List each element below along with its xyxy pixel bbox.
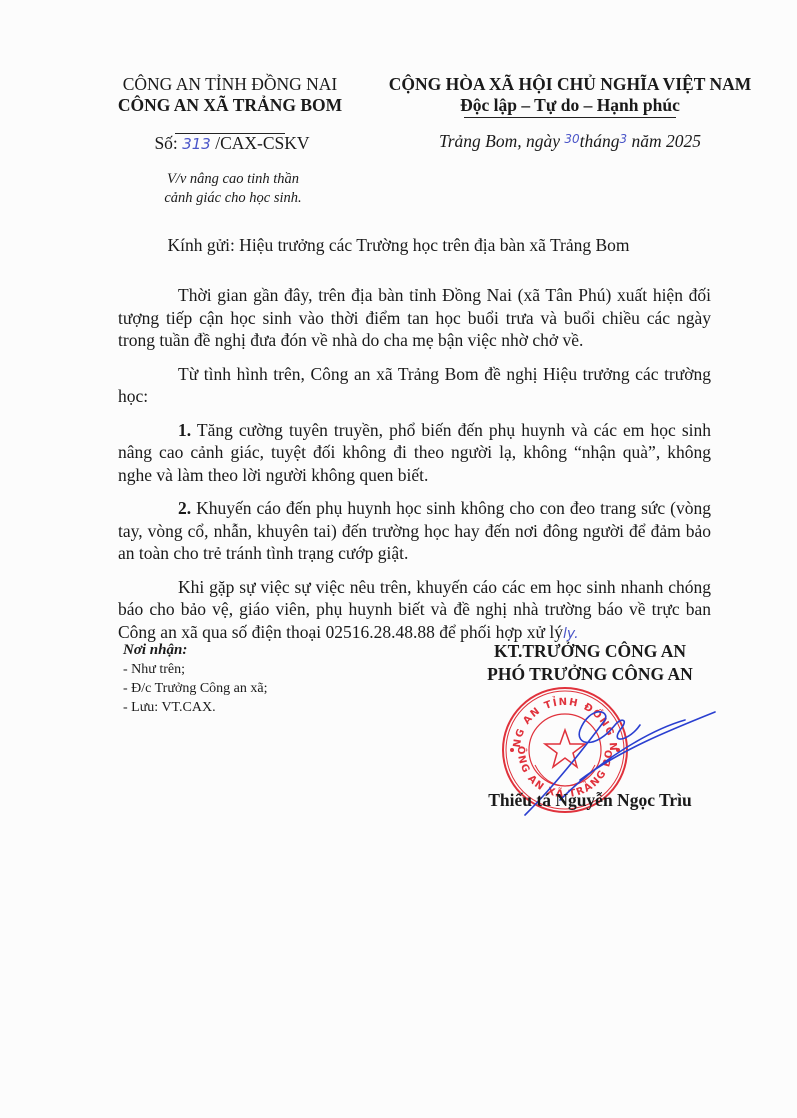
recipient-line: Kính gửi: Hiệu trưởng các Trường học trê…: [100, 235, 697, 256]
list-item: - Lưu: VT.CAX.: [123, 698, 383, 717]
list-item: - Đ/c Trưởng Công an xã;: [123, 679, 383, 698]
distribution-title: Nơi nhận:: [123, 641, 383, 660]
paragraph: Khi gặp sự việc sự việc nêu trên, khuyến…: [118, 576, 711, 646]
list-item: 2. Khuyến cáo đến phụ huynh học sinh khô…: [118, 497, 711, 565]
list-item: - Như trên;: [123, 660, 383, 679]
list-item: 1. Tăng cường tuyên truyền, phổ biến đến…: [118, 419, 711, 487]
date-line: Trảng Bom, ngày 30tháng3 năm 2025: [360, 131, 780, 152]
document-body: Thời gian gần đây, trên địa bàn tỉnh Đồn…: [118, 284, 711, 656]
document-number: Số: 313 /CAX-CSKV: [110, 133, 354, 154]
national-header: CỘNG HÒA XÃ HỘI CHỦ NGHĨA VIỆT NAM Độc l…: [360, 74, 780, 118]
subject: V/v nâng cao tinh thần cảnh giác cho học…: [118, 170, 348, 208]
paragraph: Thời gian gần đây, trên địa bàn tỉnh Đồn…: [118, 284, 711, 352]
signer-name: Thiếu tá Nguyễn Ngọc Trìu: [440, 790, 740, 811]
country-name: CỘNG HÒA XÃ HỘI CHỦ NGHĨA VIỆT NAM: [360, 74, 780, 95]
motto: Độc lập – Tự do – Hạnh phúc: [360, 95, 780, 116]
handwritten-day: 30: [564, 132, 579, 146]
motto-underline: [464, 117, 676, 118]
agency-parent: CÔNG AN TỈNH ĐỒNG NAI: [108, 74, 352, 95]
agency-name: CÔNG AN XÃ TRẢNG BOM: [108, 95, 352, 116]
issuing-agency-header: CÔNG AN TỈNH ĐỒNG NAI CÔNG AN XÃ TRẢNG B…: [108, 74, 352, 134]
signature-title: KT.TRƯỞNG CÔNG AN PHÓ TRƯỞNG CÔNG AN: [440, 640, 740, 686]
paragraph: Từ tình hình trên, Công an xã Trảng Bom …: [118, 363, 711, 408]
distribution-list: Nơi nhận: - Như trên; - Đ/c Trưởng Công …: [123, 641, 383, 717]
handwritten-number: 313: [182, 135, 211, 153]
